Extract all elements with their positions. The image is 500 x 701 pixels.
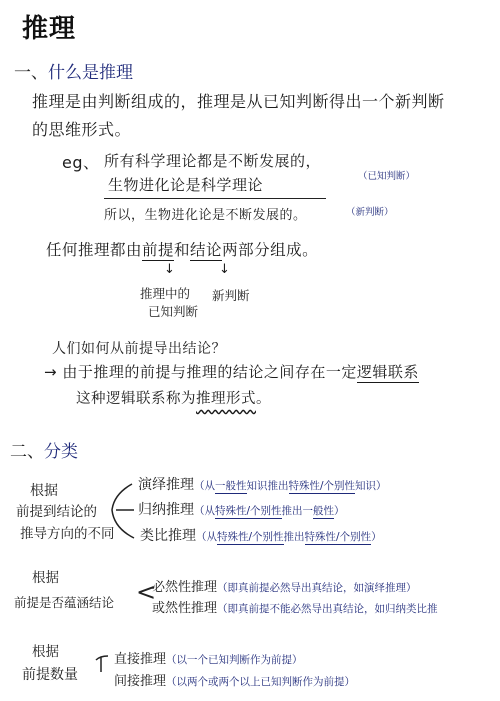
premise-arrow-icon: ↓ — [164, 262, 175, 277]
composition-text-mid: 和 — [174, 241, 190, 259]
section1-heading-prefix: 一、 — [14, 63, 48, 83]
syllogism-divider — [104, 198, 326, 199]
group3-item-direct: 直接推理（以一个已知判断作为前提） — [114, 648, 303, 667]
group1-bracket-icon — [106, 480, 136, 544]
answer-line2: 这种逻辑联系称为推理形式。 — [76, 387, 271, 408]
analogy-name: 类比推理 — [140, 528, 196, 544]
direct-note: （以一个已知判断作为前提） — [166, 654, 303, 666]
section2-heading: 二、分类 — [10, 437, 78, 462]
section2-heading-prefix: 二、 — [10, 442, 44, 462]
group2-item-necessary: 必然性推理（即真前提必然导出真结论，如演绎推理） — [152, 576, 417, 595]
answer-line1-underlined: 逻辑联系 — [357, 363, 419, 383]
premise-explain-line1: 推理中的 — [140, 284, 190, 302]
example-label: eg、 — [62, 150, 100, 173]
group1-item-analogy: 类比推理（从特殊性/个别性推出特殊性/个别性） — [140, 525, 382, 545]
composition-line: 任何推理都由前提和结论两部分组成。 — [46, 238, 318, 260]
group3-item-indirect: 间接推理（以两个或两个以上已知判断作为前提） — [114, 670, 355, 689]
necessary-name: 必然性推理 — [152, 580, 217, 595]
premise-note: （已知判断） — [358, 168, 415, 182]
group2-criterion-line2: 前提是否蕴涵结论 — [14, 593, 114, 611]
note-underlined-1: 一般性 — [215, 480, 247, 494]
answer-line2-wavy: 推理形式 — [196, 391, 256, 407]
conclusion-note: （新判断） — [346, 204, 394, 218]
composition-conclusion: 结论 — [190, 241, 222, 261]
example-premise2: 生物进化论是科学理论 — [108, 174, 263, 195]
group3-criterion-line1: 根据 — [32, 640, 59, 660]
note-post: 知识） — [355, 480, 387, 492]
group3-bracket-icon — [94, 654, 110, 674]
example-premise1: 所有科学理论都是不断发展的， — [104, 150, 321, 171]
indirect-name: 间接推理 — [114, 674, 166, 689]
group3-criterion-line2: 前提数量 — [22, 664, 78, 684]
group2-item-probable: 或然性推理（即真前提不能必然导出真结论，如归纳类比推 — [152, 597, 438, 616]
question: 人们如何从前提导出结论？ — [52, 338, 226, 358]
definition-line2: 的思维形式。 — [32, 117, 131, 140]
note-mid: 推出 — [284, 531, 305, 543]
probable-name: 或然性推理 — [152, 601, 217, 616]
note-mid: 推出一 — [282, 505, 314, 517]
deduction-name: 演绎推理 — [138, 477, 194, 493]
page-title: 推理 — [22, 8, 76, 45]
composition-text-before: 任何推理都由 — [46, 241, 142, 259]
note-post: ） — [334, 505, 345, 517]
note-underlined-2: 特殊性/个别性 — [289, 480, 356, 494]
premise-explain-line2: 已知判断 — [148, 302, 198, 320]
answer-line2-end: 。 — [256, 391, 271, 407]
group1-item-induction: 归纳推理（从特殊性/个别性推出一般性） — [138, 499, 345, 519]
group1-criterion-line1: 根据 — [30, 480, 58, 500]
right-arrow-icon: → — [44, 363, 57, 381]
example-conclusion: 所以，生物进化论是不断发展的。 — [104, 204, 307, 223]
answer-line1: → 由于推理的前提与推理的结论之间存在一定逻辑联系 — [44, 361, 419, 382]
note-underlined-1: 特殊性/个别性 — [215, 505, 282, 519]
note-mid: 知识推出 — [247, 480, 289, 492]
conclusion-explain: 新判断 — [212, 286, 250, 304]
indirect-note: （以两个或两个以上已知判断作为前提） — [166, 676, 355, 688]
group2-criterion-line1: 根据 — [32, 566, 59, 586]
group1-item-deduction: 演绎推理（从一般性知识推出特殊性/个别性知识） — [138, 474, 387, 494]
note-underlined-2: 特殊性/个别性 — [305, 531, 372, 545]
note-underlined-1: 特殊性/个别性 — [217, 531, 284, 545]
note-post: ） — [371, 531, 382, 543]
answer-line2-text: 这种逻辑联系称为 — [76, 391, 196, 407]
direct-name: 直接推理 — [114, 652, 166, 667]
composition-premise: 前提 — [142, 241, 174, 261]
induction-name: 归纳推理 — [138, 502, 194, 518]
composition-text-after: 两部分组成。 — [222, 241, 318, 259]
definition-line1: 推理是由判断组成的，推理是从已知判断得出一个新判断 — [32, 89, 445, 112]
section1-heading: 一、什么是推理 — [14, 58, 133, 83]
probable-note: （即真前提不能必然导出真结论，如归纳类比推 — [217, 603, 438, 615]
group1-criterion-line2: 前提到结论的 — [16, 500, 97, 520]
note-pre: （从 — [194, 480, 215, 492]
note-pre: （从 — [194, 505, 215, 517]
necessary-note: （即真前提必然导出真结论，如演绎推理） — [217, 582, 417, 594]
section1-heading-text: 什么是推理 — [48, 63, 133, 83]
note-pre: （从 — [196, 531, 217, 543]
note-underlined-2: 般性 — [313, 505, 334, 519]
section2-heading-text: 分类 — [44, 442, 78, 462]
conclusion-arrow-icon: ↓ — [219, 262, 230, 277]
group1-criterion-line3: 推导方向的不同 — [20, 522, 115, 542]
answer-line1-text: 由于推理的前提与推理的结论之间存在一定 — [62, 363, 357, 381]
